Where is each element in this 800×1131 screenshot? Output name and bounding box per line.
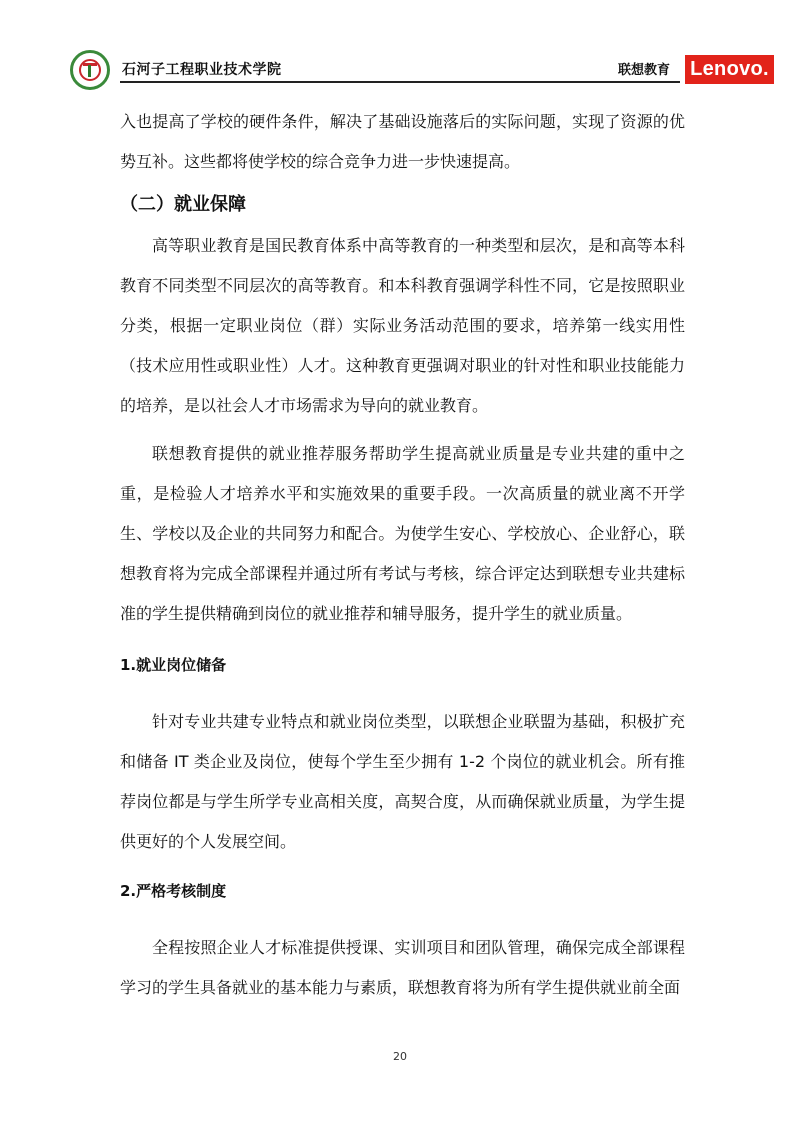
section-title: （二）就业保障 bbox=[120, 190, 246, 216]
subsection-title-2: 2.严格考核制度 bbox=[120, 880, 226, 901]
page-header: 石河子工程职业技术学院 联想教育 Lenovo. bbox=[0, 0, 800, 100]
school-logo-icon bbox=[70, 50, 110, 90]
paragraph-4: 全程按照企业人才标准提供授课、实训项目和团队管理，确保完成全部课程学习的学生具备… bbox=[120, 928, 685, 1008]
subsection-title-1: 1.就业岗位储备 bbox=[120, 654, 226, 675]
header-rule bbox=[120, 81, 680, 83]
school-name: 石河子工程职业技术学院 bbox=[122, 59, 282, 79]
paragraph-3: 针对专业共建专业特点和就业岗位类型，以联想企业联盟为基础，积极扩充和储备 IT … bbox=[120, 702, 685, 862]
partner-label: 联想教育 bbox=[618, 59, 670, 78]
lenovo-logo: Lenovo. bbox=[685, 55, 774, 84]
page-number: 20 bbox=[0, 1050, 800, 1063]
paragraph-2: 联想教育提供的就业推荐服务帮助学生提高就业质量是专业共建的重中之重，是检验人才培… bbox=[120, 434, 685, 634]
paragraph-intro: 入也提高了学校的硬件条件，解决了基础设施落后的实际问题，实现了资源的优势互补。这… bbox=[120, 102, 685, 182]
logo-t-stem bbox=[88, 65, 91, 77]
paragraph-1: 高等职业教育是国民教育体系中高等教育的一种类型和层次，是和高等本科教育不同类型不… bbox=[120, 226, 685, 426]
